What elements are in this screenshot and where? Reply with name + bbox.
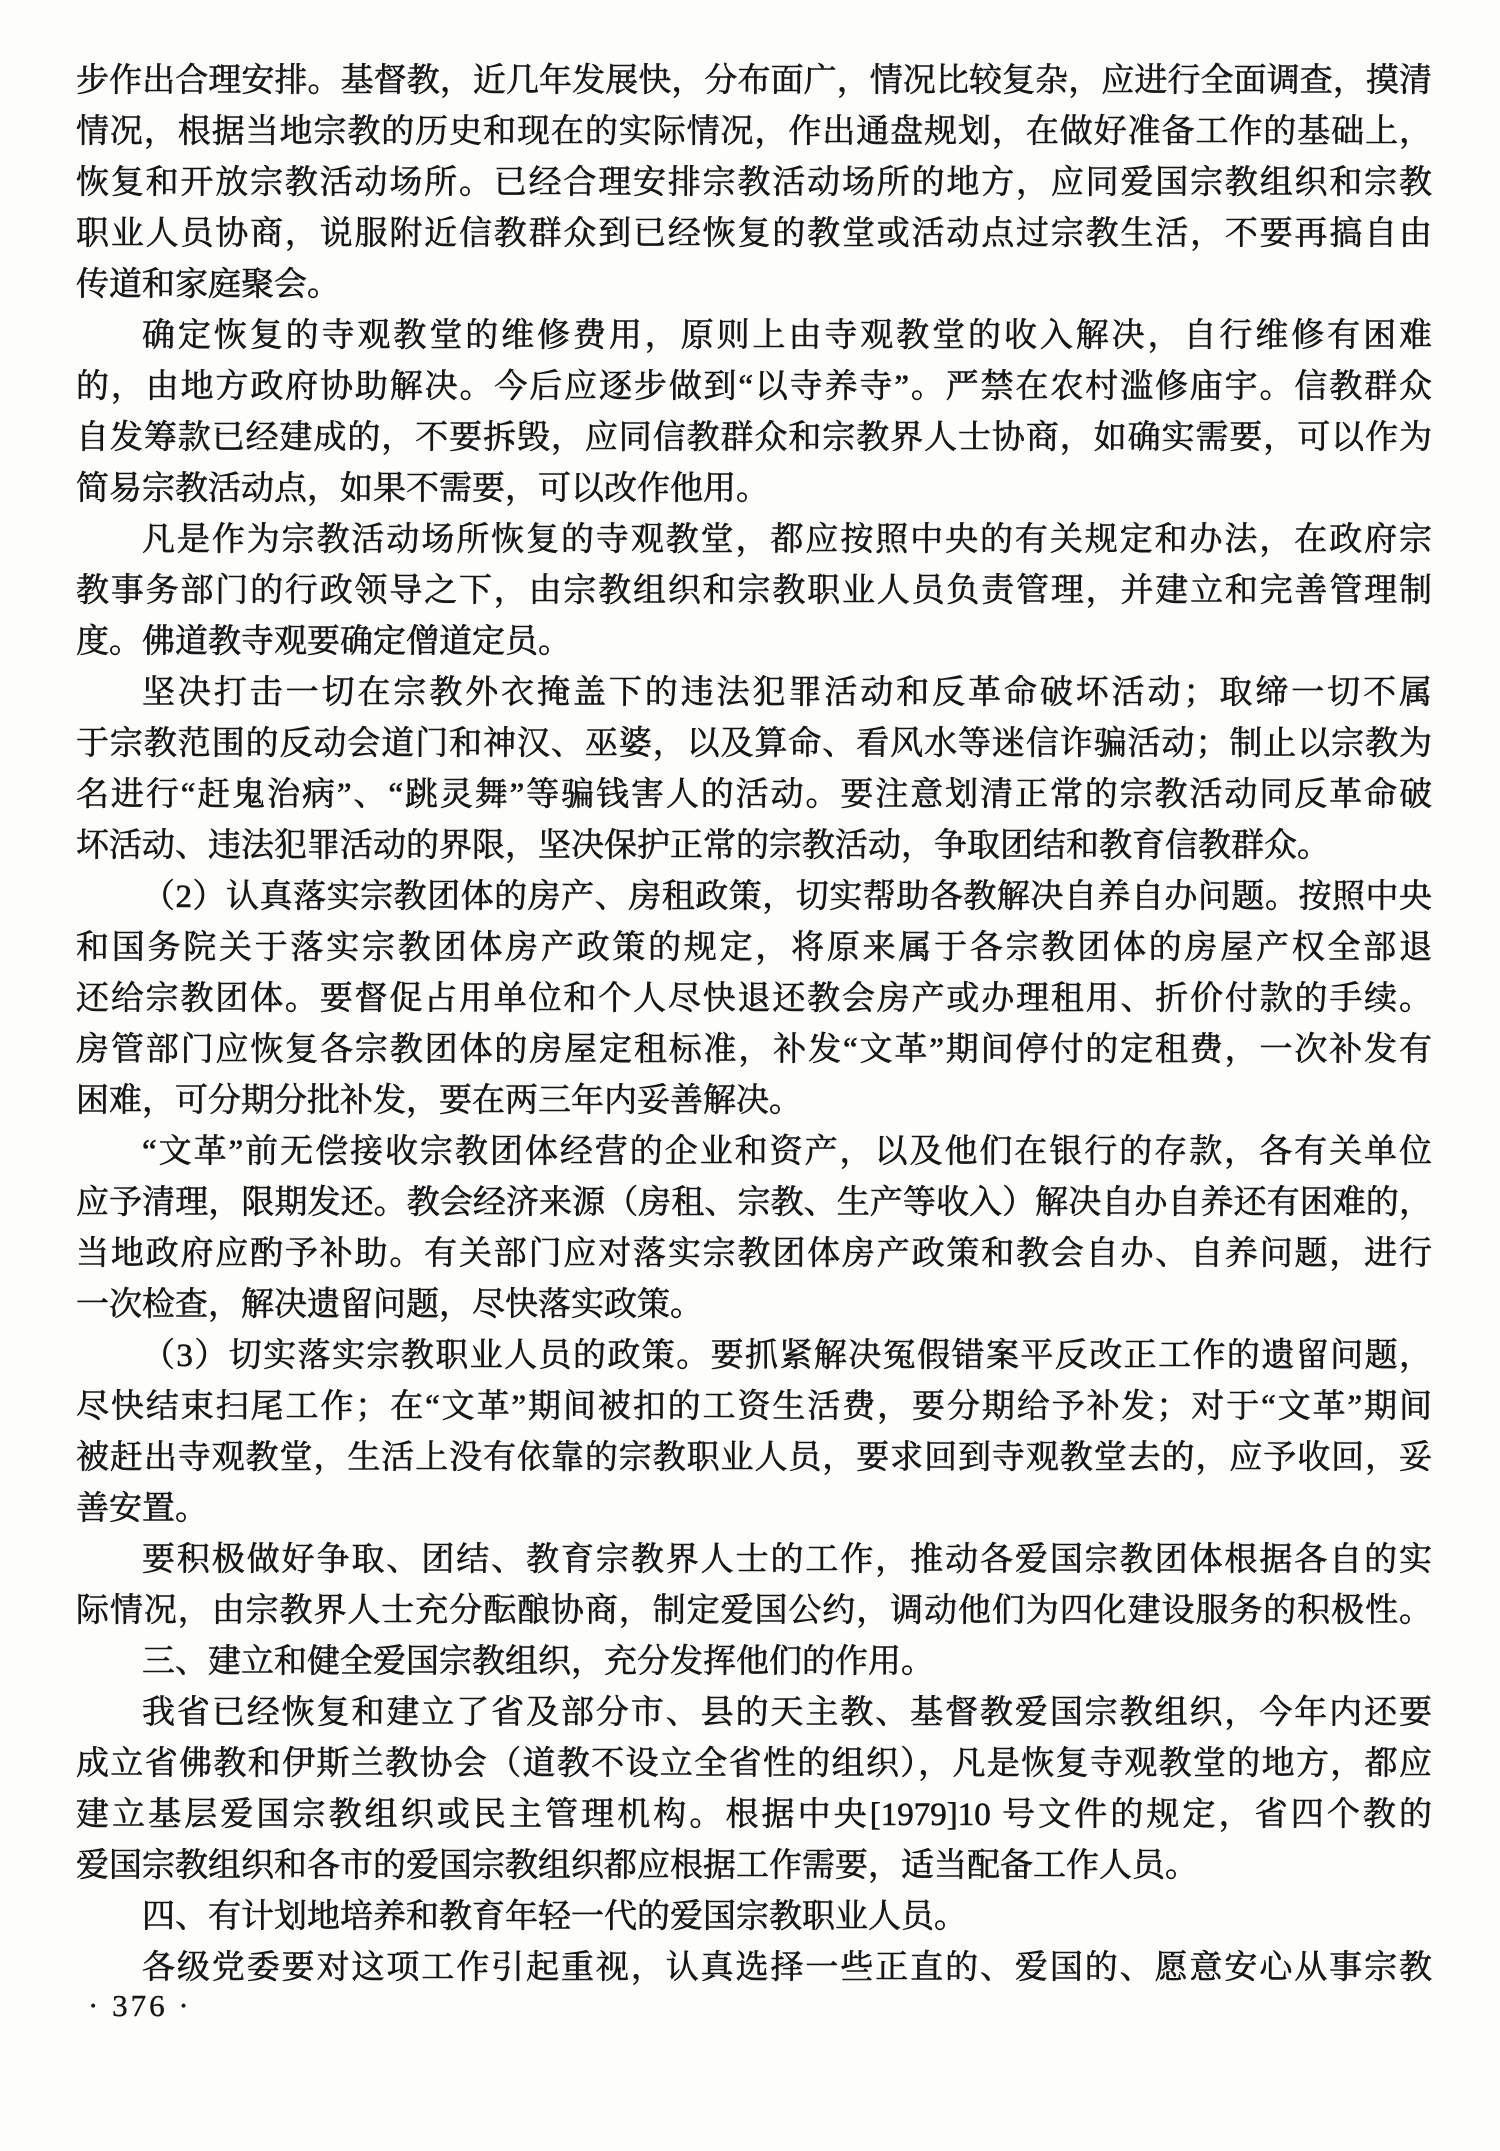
text-line: 我省已经恢复和建立了省及部分市、县的天主教、基督教爱国宗教组织，今年内还要 bbox=[76, 1688, 1432, 1739]
text-line: （2）认真落实宗教团体的房产、房租政策，切实帮助各教解决自养自办问题。按照中央 bbox=[76, 872, 1432, 923]
text-line: 善安置。 bbox=[76, 1484, 1432, 1535]
page-number: · 376 · bbox=[88, 1986, 192, 2026]
text-line: 简易宗教活动点，如果不需要，可以改作他用。 bbox=[76, 464, 1432, 515]
text-line: 坏活动、违法犯罪活动的界限，坚决保护正常的宗教活动，争取团结和教育信教群众。 bbox=[76, 821, 1432, 872]
text-line: 和国务院关于落实宗教团体房产政策的规定，将原来属于各宗教团体的房屋产权全部退 bbox=[76, 923, 1432, 974]
text-line: 当地政府应酌予补助。有关部门应对落实宗教团体房产政策和教会自办、自养问题，进行 bbox=[76, 1229, 1432, 1280]
text-line: 情况，根据当地宗教的历史和现在的实际情况，作出通盘规划，在做好准备工作的基础上， bbox=[76, 107, 1432, 158]
text-line: 度。佛道教寺观要确定僧道定员。 bbox=[76, 617, 1432, 668]
text-line: 于宗教范围的反动会道门和神汉、巫婆，以及算命、看风水等迷信诈骗活动；制止以宗教为 bbox=[76, 719, 1432, 770]
text-line: 要积极做好争取、团结、教育宗教界人士的工作，推动各爱国宗教团体根据各自的实 bbox=[76, 1535, 1432, 1586]
text-line: 确定恢复的寺观教堂的维修费用，原则上由寺观教堂的收入解决，自行维修有困难 bbox=[76, 311, 1432, 362]
text-line: 传道和家庭聚会。 bbox=[76, 260, 1432, 311]
text-line: 步作出合理安排。基督教，近几年发展快，分布面广，情况比较复杂，应进行全面调查，摸… bbox=[76, 56, 1432, 107]
text-line: 职业人员协商，说服附近信教群众到已经恢复的教堂或活动点过宗教生活，不要再搞自由 bbox=[76, 209, 1432, 260]
text-line: 教事务部门的行政领导之下，由宗教组织和宗教职业人员负责管理，并建立和完善管理制 bbox=[76, 566, 1432, 617]
text-line: 被赶出寺观教堂，生活上没有依靠的宗教职业人员，要求回到寺观教堂去的，应予收回，妥 bbox=[76, 1433, 1432, 1484]
text-line: （3）切实落实宗教职业人员的政策。要抓紧解决冤假错案平反改正工作的遗留问题， bbox=[76, 1331, 1432, 1382]
text-line: 房管部门应恢复各宗教团体的房屋定租标准，补发“文革”期间停付的定租费，一次补发有 bbox=[76, 1025, 1432, 1076]
text-line: 困难，可分期分批补发，要在两三年内妥善解决。 bbox=[76, 1076, 1432, 1127]
text-line: 际情况，由宗教界人士充分酝酿协商，制定爱国公约，调动他们为四化建设服务的积极性。 bbox=[76, 1586, 1432, 1637]
text-line: 还给宗教团体。要督促占用单位和个人尽快退还教会房产或办理租用、折价付款的手续。 bbox=[76, 974, 1432, 1025]
document-page: 步作出合理安排。基督教，近几年发展快，分布面广，情况比较复杂，应进行全面调查，摸… bbox=[0, 0, 1500, 2151]
text-line: 名进行“赶鬼治病”、“跳灵舞”等骗钱害人的活动。要注意划清正常的宗教活动同反革命… bbox=[76, 770, 1432, 821]
text-line: 应予清理，限期发还。教会经济来源（房租、宗教、生产等收入）解决自办自养还有困难的… bbox=[76, 1178, 1432, 1229]
text-line: 各级党委要对这项工作引起重视，认真选择一些正直的、爱国的、愿意安心从事宗教 bbox=[76, 1943, 1432, 1994]
text-line: 坚决打击一切在宗教外衣掩盖下的违法犯罪活动和反革命破坏活动；取缔一切不属 bbox=[76, 668, 1432, 719]
text-line: 爱国宗教组织和各市的爱国宗教组织都应根据工作需要，适当配备工作人员。 bbox=[76, 1841, 1432, 1892]
text-line: 一次检查，解决遗留问题，尽快落实政策。 bbox=[76, 1280, 1432, 1331]
text-line: 凡是作为宗教活动场所恢复的寺观教堂，都应按照中央的有关规定和办法，在政府宗 bbox=[76, 515, 1432, 566]
text-line: 的，由地方政府协助解决。今后应逐步做到“以寺养寺”。严禁在农村滥修庙宇。信教群众 bbox=[76, 362, 1432, 413]
text-line: 成立省佛教和伊斯兰教协会（道教不设立全省性的组织），凡是恢复寺观教堂的地方，都应 bbox=[76, 1739, 1432, 1790]
text-line: 恢复和开放宗教活动场所。已经合理安排宗教活动场所的地方，应同爱国宗教组织和宗教 bbox=[76, 158, 1432, 209]
text-line: 建立基层爱国宗教组织或民主管理机构。根据中央[1979]10 号文件的规定，省四… bbox=[76, 1790, 1432, 1841]
text-line: 尽快结束扫尾工作；在“文革”期间被扣的工资生活费，要分期给予补发；对于“文革”期… bbox=[76, 1382, 1432, 1433]
text-line: “文革”前无偿接收宗教团体经营的企业和资产，以及他们在银行的存款，各有关单位 bbox=[76, 1127, 1432, 1178]
text-line: 自发筹款已经建成的，不要拆毁，应同信教群众和宗教界人士协商，如确实需要，可以作为 bbox=[76, 413, 1432, 464]
text-line: 三、建立和健全爱国宗教组织，充分发挥他们的作用。 bbox=[76, 1637, 1432, 1688]
document-body: 步作出合理安排。基督教，近几年发展快，分布面广，情况比较复杂，应进行全面调查，摸… bbox=[76, 56, 1432, 1994]
text-line: 四、有计划地培养和教育年轻一代的爱国宗教职业人员。 bbox=[76, 1892, 1432, 1943]
